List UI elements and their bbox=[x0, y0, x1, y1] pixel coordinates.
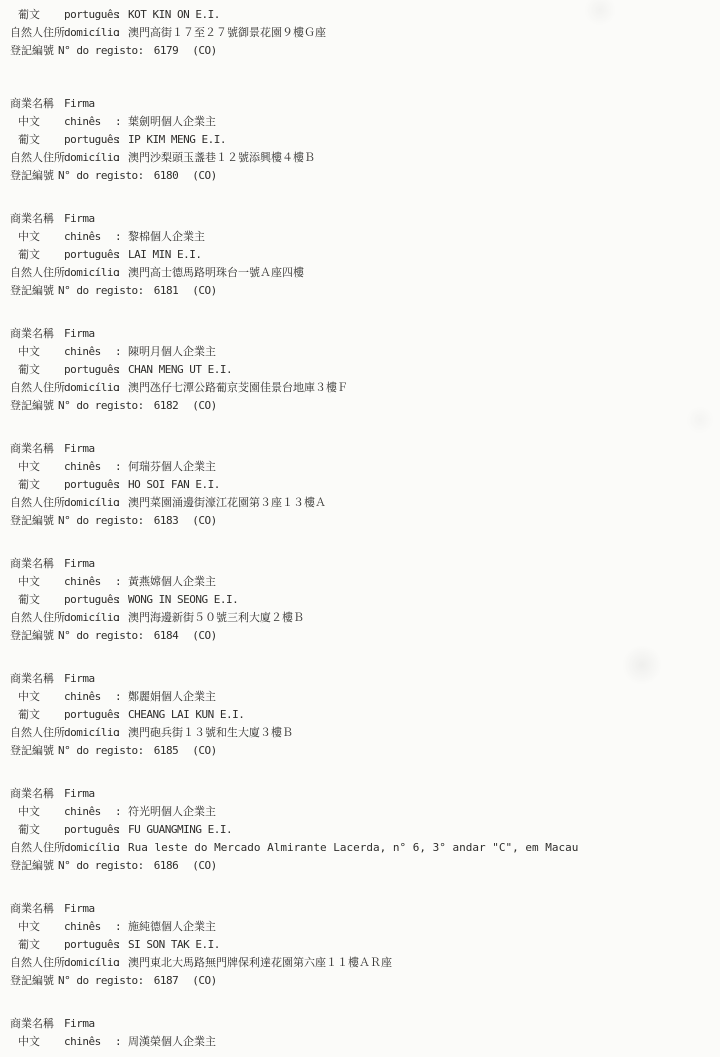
colon-separator: : bbox=[115, 228, 128, 246]
chinese-name-value: 符光明個人企業主 bbox=[128, 803, 216, 821]
label-address-zh: 自然人住所 bbox=[10, 379, 64, 397]
label-portuguese-pt: português bbox=[64, 591, 115, 609]
firma-row: 商業名稱 Firma bbox=[10, 670, 720, 688]
label-portuguese-zh: 葡文 bbox=[10, 131, 64, 149]
registry-document: 葡文 português : KOT KIN ON E.I. 自然人住所 dom… bbox=[0, 0, 720, 1051]
label-address-pt: domicílio bbox=[64, 954, 115, 972]
chinese-name-value: 周漢榮個人企業主 bbox=[128, 1033, 216, 1051]
label-firma-zh: 商業名稱 bbox=[10, 325, 64, 343]
label-registo-pt: N° do registo: bbox=[58, 627, 144, 645]
label-address-pt: domicílio bbox=[64, 494, 115, 512]
colon-separator: : bbox=[115, 591, 128, 609]
colon-separator: : bbox=[115, 936, 128, 954]
registo-number: 6179 bbox=[154, 42, 179, 60]
label-firma-pt: Firma bbox=[64, 900, 115, 918]
colon-separator: : bbox=[115, 724, 128, 742]
chinese-name-value: 黎棉個人企業主 bbox=[128, 228, 205, 246]
label-firma-pt: Firma bbox=[64, 785, 115, 803]
label-registo-pt: N° do registo: bbox=[58, 282, 144, 300]
colon-separator: : bbox=[115, 246, 128, 264]
label-firma-pt: Firma bbox=[64, 670, 115, 688]
label-address-zh: 自然人住所 bbox=[10, 494, 64, 512]
chinese-name-value: 陳明月個人企業主 bbox=[128, 343, 216, 361]
address-value: Rua leste do Mercado Almirante Lacerda, … bbox=[128, 839, 578, 857]
address-value: 澳門高士德馬路明珠台一號Ａ座四樓 bbox=[128, 264, 304, 282]
label-chinese-pt: chinês bbox=[64, 573, 115, 591]
portuguese-name-row: 葡文 português : LAI MIN E.I. bbox=[10, 246, 720, 264]
label-portuguese-pt: português bbox=[64, 246, 115, 264]
label-portuguese-pt: português bbox=[64, 936, 115, 954]
registo-suffix: (CO) bbox=[192, 972, 217, 990]
label-registo-zh: 登記編號 bbox=[10, 627, 58, 645]
address-value: 澳門氹仔七潭公路葡京芠園佳景台地庫３樓Ｆ bbox=[128, 379, 348, 397]
label-chinese-zh: 中文 bbox=[10, 803, 64, 821]
registry-entry-partial-top: 葡文 português : KOT KIN ON E.I. 自然人住所 dom… bbox=[10, 6, 720, 60]
label-registo-zh: 登記編號 bbox=[10, 167, 58, 185]
label-address-pt: domicílio bbox=[64, 264, 115, 282]
address-value: 澳門菜園涌邊街濠江花園第３座１３樓Ａ bbox=[128, 494, 326, 512]
label-firma-pt: Firma bbox=[64, 555, 115, 573]
registo-row: 登記編號 N° do registo: 6183 (CO) bbox=[10, 512, 720, 530]
registo-number: 6187 bbox=[154, 972, 179, 990]
address-value: 澳門海邊新街５０號三利大廈２樓Ｂ bbox=[128, 609, 304, 627]
registo-number: 6184 bbox=[154, 627, 179, 645]
label-registo-zh: 登記編號 bbox=[10, 42, 58, 60]
registo-number: 6186 bbox=[154, 857, 179, 875]
registo-row: 登記編號 N° do registo: 6180 (CO) bbox=[10, 167, 720, 185]
registo-number: 6181 bbox=[154, 282, 179, 300]
registo-number: 6180 bbox=[154, 167, 179, 185]
label-address-zh: 自然人住所 bbox=[10, 954, 64, 972]
label-chinese-pt: chinês bbox=[64, 458, 115, 476]
registo-row: 登記編號 N° do registo: 6179 (CO) bbox=[10, 42, 720, 60]
label-registo-pt: N° do registo: bbox=[58, 742, 144, 760]
address-row: 自然人住所 domicílio : 澳門高士德馬路明珠台一號Ａ座四樓 bbox=[10, 264, 720, 282]
label-portuguese-zh: 葡文 bbox=[10, 246, 64, 264]
address-row: 自然人住所 domicílio : Rua leste do Mercado A… bbox=[10, 839, 720, 857]
registry-entry: 商業名稱 Firma 中文 chinês : 何瑞芬個人企業主 葡文 portu… bbox=[10, 440, 720, 530]
label-registo-zh: 登記編號 bbox=[10, 512, 58, 530]
label-portuguese-pt: português bbox=[64, 131, 115, 149]
colon-separator: : bbox=[115, 706, 128, 724]
colon-separator: : bbox=[115, 1033, 128, 1051]
portuguese-name-value: LAI MIN E.I. bbox=[128, 246, 201, 264]
registo-suffix: (CO) bbox=[192, 627, 217, 645]
address-value: 澳門高街１７至２７號御景花園９樓Ｇ座 bbox=[128, 24, 326, 42]
colon-separator: : bbox=[115, 113, 128, 131]
registo-number: 6185 bbox=[154, 742, 179, 760]
registo-row: 登記編號 N° do registo: 6185 (CO) bbox=[10, 742, 720, 760]
registo-suffix: (CO) bbox=[192, 282, 217, 300]
registo-row: 登記編號 N° do registo: 6182 (CO) bbox=[10, 397, 720, 415]
colon-separator: : bbox=[115, 688, 128, 706]
firma-row: 商業名稱 Firma bbox=[10, 440, 720, 458]
colon-separator: : bbox=[115, 476, 128, 494]
firma-row: 商業名稱 Firma bbox=[10, 95, 720, 113]
address-row: 自然人住所 domicílio : 澳門高街１７至２７號御景花園９樓Ｇ座 bbox=[10, 24, 720, 42]
label-portuguese-pt: português bbox=[64, 821, 115, 839]
registo-row: 登記編號 N° do registo: 6181 (CO) bbox=[10, 282, 720, 300]
label-firma-pt: Firma bbox=[64, 440, 115, 458]
registo-suffix: (CO) bbox=[192, 857, 217, 875]
colon-separator: : bbox=[115, 24, 128, 42]
registry-entry: 商業名稱 Firma 中文 chinês : 黃燕嫦個人企業主 葡文 portu… bbox=[10, 555, 720, 645]
label-firma-pt: Firma bbox=[64, 95, 115, 113]
portuguese-name-value: WONG IN SEONG E.I. bbox=[128, 591, 238, 609]
label-firma-zh: 商業名稱 bbox=[10, 1015, 64, 1033]
label-chinese-pt: chinês bbox=[64, 688, 115, 706]
registry-entry-partial-bottom: 商業名稱 Firma 中文 chinês : 周漢榮個人企業主 bbox=[10, 1015, 720, 1051]
label-chinese-pt: chinês bbox=[64, 343, 115, 361]
label-portuguese-zh: 葡文 bbox=[10, 706, 64, 724]
label-firma-pt: Firma bbox=[64, 1015, 115, 1033]
label-firma-pt: Firma bbox=[64, 325, 115, 343]
portuguese-name-row: 葡文 português : CHEANG LAI KUN E.I. bbox=[10, 706, 720, 724]
label-chinese-zh: 中文 bbox=[10, 113, 64, 131]
label-chinese-zh: 中文 bbox=[10, 458, 64, 476]
label-registo-zh: 登記編號 bbox=[10, 742, 58, 760]
colon-separator: : bbox=[115, 839, 128, 857]
label-address-zh: 自然人住所 bbox=[10, 609, 64, 627]
registo-row: 登記編號 N° do registo: 6186 (CO) bbox=[10, 857, 720, 875]
label-chinese-pt: chinês bbox=[64, 803, 115, 821]
label-registo-pt: N° do registo: bbox=[58, 397, 144, 415]
label-firma-zh: 商業名稱 bbox=[10, 440, 64, 458]
label-registo-pt: N° do registo: bbox=[58, 857, 144, 875]
address-row: 自然人住所 domicílio : 澳門沙梨頭玉盞巷１２號添興樓４樓Ｂ bbox=[10, 149, 720, 167]
portuguese-name-row: 葡文 português : CHAN MENG UT E.I. bbox=[10, 361, 720, 379]
portuguese-name-row: 葡文 português : HO SOI FAN E.I. bbox=[10, 476, 720, 494]
chinese-name-value: 鄭麗娟個人企業主 bbox=[128, 688, 216, 706]
label-chinese-pt: chinês bbox=[64, 228, 115, 246]
portuguese-name-row: 葡文 português : SI SON TAK E.I. bbox=[10, 936, 720, 954]
label-chinese-zh: 中文 bbox=[10, 228, 64, 246]
colon-separator: : bbox=[115, 609, 128, 627]
colon-separator: : bbox=[115, 343, 128, 361]
portuguese-name-value: CHAN MENG UT E.I. bbox=[128, 361, 232, 379]
label-chinese-pt: chinês bbox=[64, 1033, 115, 1051]
label-chinese-pt: chinês bbox=[64, 918, 115, 936]
colon-separator: : bbox=[115, 573, 128, 591]
portuguese-name-row: 葡文 português : WONG IN SEONG E.I. bbox=[10, 591, 720, 609]
label-address-zh: 自然人住所 bbox=[10, 24, 64, 42]
portuguese-name-value: SI SON TAK E.I. bbox=[128, 936, 220, 954]
label-chinese-zh: 中文 bbox=[10, 688, 64, 706]
address-row: 自然人住所 domicílio : 澳門氹仔七潭公路葡京芠園佳景台地庫３樓Ｆ bbox=[10, 379, 720, 397]
entries-container: 商業名稱 Firma 中文 chinês : 葉劍明個人企業主 葡文 portu… bbox=[10, 95, 720, 990]
firma-row: 商業名稱 Firma bbox=[10, 785, 720, 803]
chinese-name-value: 葉劍明個人企業主 bbox=[128, 113, 216, 131]
colon-separator: : bbox=[115, 458, 128, 476]
label-registo-zh: 登記編號 bbox=[10, 397, 58, 415]
registo-number: 6183 bbox=[154, 512, 179, 530]
colon-separator: : bbox=[115, 6, 128, 24]
colon-separator: : bbox=[115, 821, 128, 839]
address-value: 澳門東北大馬路無門牌保利達花園第六座１１樓ＡＲ座 bbox=[128, 954, 392, 972]
portuguese-name-value: FU GUANGMING E.I. bbox=[128, 821, 232, 839]
chinese-name-row: 中文 chinês : 葉劍明個人企業主 bbox=[10, 113, 720, 131]
firma-row: 商業名稱 Firma bbox=[10, 900, 720, 918]
label-address-zh: 自然人住所 bbox=[10, 724, 64, 742]
label-address-pt: domicílio bbox=[64, 839, 115, 857]
label-address-pt: domicílio bbox=[64, 24, 115, 42]
label-registo-zh: 登記編號 bbox=[10, 282, 58, 300]
label-registo-pt: N° do registo: bbox=[58, 167, 144, 185]
label-address-zh: 自然人住所 bbox=[10, 264, 64, 282]
colon-separator: : bbox=[115, 918, 128, 936]
colon-separator: : bbox=[115, 803, 128, 821]
label-firma-pt: Firma bbox=[64, 210, 115, 228]
chinese-name-row: 中文 chinês : 符光明個人企業主 bbox=[10, 803, 720, 821]
registry-entry: 商業名稱 Firma 中文 chinês : 陳明月個人企業主 葡文 portu… bbox=[10, 325, 720, 415]
portuguese-name-row: 葡文 português : IP KIM MENG E.I. bbox=[10, 131, 720, 149]
chinese-name-row: 中文 chinês : 陳明月個人企業主 bbox=[10, 343, 720, 361]
firma-row: 商業名稱 Firma bbox=[10, 1015, 720, 1033]
portuguese-name-row: 葡文 português : FU GUANGMING E.I. bbox=[10, 821, 720, 839]
address-value: 澳門沙梨頭玉盞巷１２號添興樓４樓Ｂ bbox=[128, 149, 315, 167]
scanned-registry-page: { "labels": { "firma_zh": "商業名稱", "firma… bbox=[0, 0, 720, 1057]
chinese-name-row: 中文 chinês : 施純德個人企業主 bbox=[10, 918, 720, 936]
chinese-name-row: 中文 chinês : 鄭麗娟個人企業主 bbox=[10, 688, 720, 706]
label-firma-zh: 商業名稱 bbox=[10, 670, 64, 688]
label-portuguese-zh: 葡文 bbox=[10, 936, 64, 954]
label-registo-pt: N° do registo: bbox=[58, 972, 144, 990]
label-address-pt: domicílio bbox=[64, 609, 115, 627]
colon-separator: : bbox=[115, 264, 128, 282]
label-portuguese-zh: 葡文 bbox=[10, 361, 64, 379]
label-chinese-zh: 中文 bbox=[10, 573, 64, 591]
portuguese-name-value: CHEANG LAI KUN E.I. bbox=[128, 706, 244, 724]
label-portuguese-zh: 葡文 bbox=[10, 476, 64, 494]
label-firma-zh: 商業名稱 bbox=[10, 900, 64, 918]
label-address-zh: 自然人住所 bbox=[10, 839, 64, 857]
portuguese-name-value: KOT KIN ON E.I. bbox=[128, 6, 220, 24]
portuguese-name-row: 葡文 português : KOT KIN ON E.I. bbox=[10, 6, 720, 24]
label-portuguese-pt: português bbox=[64, 706, 115, 724]
colon-separator: : bbox=[115, 361, 128, 379]
chinese-name-row: 中文 chinês : 周漢榮個人企業主 bbox=[10, 1033, 720, 1051]
colon-separator: : bbox=[115, 494, 128, 512]
chinese-name-value: 施純德個人企業主 bbox=[128, 918, 216, 936]
label-chinese-zh: 中文 bbox=[10, 343, 64, 361]
colon-separator: : bbox=[115, 379, 128, 397]
label-portuguese-pt: português bbox=[64, 361, 115, 379]
registo-row: 登記編號 N° do registo: 6184 (CO) bbox=[10, 627, 720, 645]
registry-entry: 商業名稱 Firma 中文 chinês : 葉劍明個人企業主 葡文 portu… bbox=[10, 95, 720, 185]
firma-row: 商業名稱 Firma bbox=[10, 555, 720, 573]
colon-separator: : bbox=[115, 131, 128, 149]
address-row: 自然人住所 domicílio : 澳門東北大馬路無門牌保利達花園第六座１１樓Ａ… bbox=[10, 954, 720, 972]
address-row: 自然人住所 domicílio : 澳門海邊新街５０號三利大廈２樓Ｂ bbox=[10, 609, 720, 627]
registo-suffix: (CO) bbox=[192, 742, 217, 760]
registo-row: 登記編號 N° do registo: 6187 (CO) bbox=[10, 972, 720, 990]
label-registo-pt: N° do registo: bbox=[58, 42, 144, 60]
label-address-pt: domicílio bbox=[64, 724, 115, 742]
label-firma-zh: 商業名稱 bbox=[10, 95, 64, 113]
label-portuguese-pt: português bbox=[64, 476, 115, 494]
label-address-zh: 自然人住所 bbox=[10, 149, 64, 167]
registry-entry: 商業名稱 Firma 中文 chinês : 鄭麗娟個人企業主 葡文 portu… bbox=[10, 670, 720, 760]
firma-row: 商業名稱 Firma bbox=[10, 325, 720, 343]
label-address-pt: domicílio bbox=[64, 379, 115, 397]
colon-separator: : bbox=[115, 954, 128, 972]
label-firma-zh: 商業名稱 bbox=[10, 785, 64, 803]
label-registo-zh: 登記編號 bbox=[10, 972, 58, 990]
registo-suffix: (CO) bbox=[192, 167, 217, 185]
chinese-name-value: 黃燕嫦個人企業主 bbox=[128, 573, 216, 591]
colon-separator: : bbox=[115, 149, 128, 167]
registo-suffix: (CO) bbox=[192, 512, 217, 530]
label-address-pt: domicílio bbox=[64, 149, 115, 167]
registry-entry: 商業名稱 Firma 中文 chinês : 施純德個人企業主 葡文 portu… bbox=[10, 900, 720, 990]
label-firma-zh: 商業名稱 bbox=[10, 210, 64, 228]
registo-suffix: (CO) bbox=[192, 397, 217, 415]
portuguese-name-value: IP KIM MENG E.I. bbox=[128, 131, 226, 149]
registo-suffix: (CO) bbox=[192, 42, 217, 60]
chinese-name-row: 中文 chinês : 何瑞芬個人企業主 bbox=[10, 458, 720, 476]
label-registo-pt: N° do registo: bbox=[58, 512, 144, 530]
label-firma-zh: 商業名稱 bbox=[10, 555, 64, 573]
label-chinese-pt: chinês bbox=[64, 113, 115, 131]
registry-entry: 商業名稱 Firma 中文 chinês : 符光明個人企業主 葡文 portu… bbox=[10, 785, 720, 875]
address-row: 自然人住所 domicílio : 澳門菜園涌邊街濠江花園第３座１３樓Ａ bbox=[10, 494, 720, 512]
registo-number: 6182 bbox=[154, 397, 179, 415]
address-row: 自然人住所 domicílio : 澳門砲兵街１３號和生大廈３樓Ｂ bbox=[10, 724, 720, 742]
label-portuguese-zh: 葡文 bbox=[10, 6, 64, 24]
label-chinese-zh: 中文 bbox=[10, 1033, 64, 1051]
label-portuguese-pt: português bbox=[64, 6, 115, 24]
firma-row: 商業名稱 Firma bbox=[10, 210, 720, 228]
address-value: 澳門砲兵街１３號和生大廈３樓Ｂ bbox=[128, 724, 293, 742]
label-registo-zh: 登記編號 bbox=[10, 857, 58, 875]
chinese-name-row: 中文 chinês : 黃燕嫦個人企業主 bbox=[10, 573, 720, 591]
portuguese-name-value: HO SOI FAN E.I. bbox=[128, 476, 220, 494]
label-portuguese-zh: 葡文 bbox=[10, 821, 64, 839]
label-chinese-zh: 中文 bbox=[10, 918, 64, 936]
chinese-name-value: 何瑞芬個人企業主 bbox=[128, 458, 216, 476]
chinese-name-row: 中文 chinês : 黎棉個人企業主 bbox=[10, 228, 720, 246]
label-portuguese-zh: 葡文 bbox=[10, 591, 64, 609]
registry-entry: 商業名稱 Firma 中文 chinês : 黎棉個人企業主 葡文 portug… bbox=[10, 210, 720, 300]
